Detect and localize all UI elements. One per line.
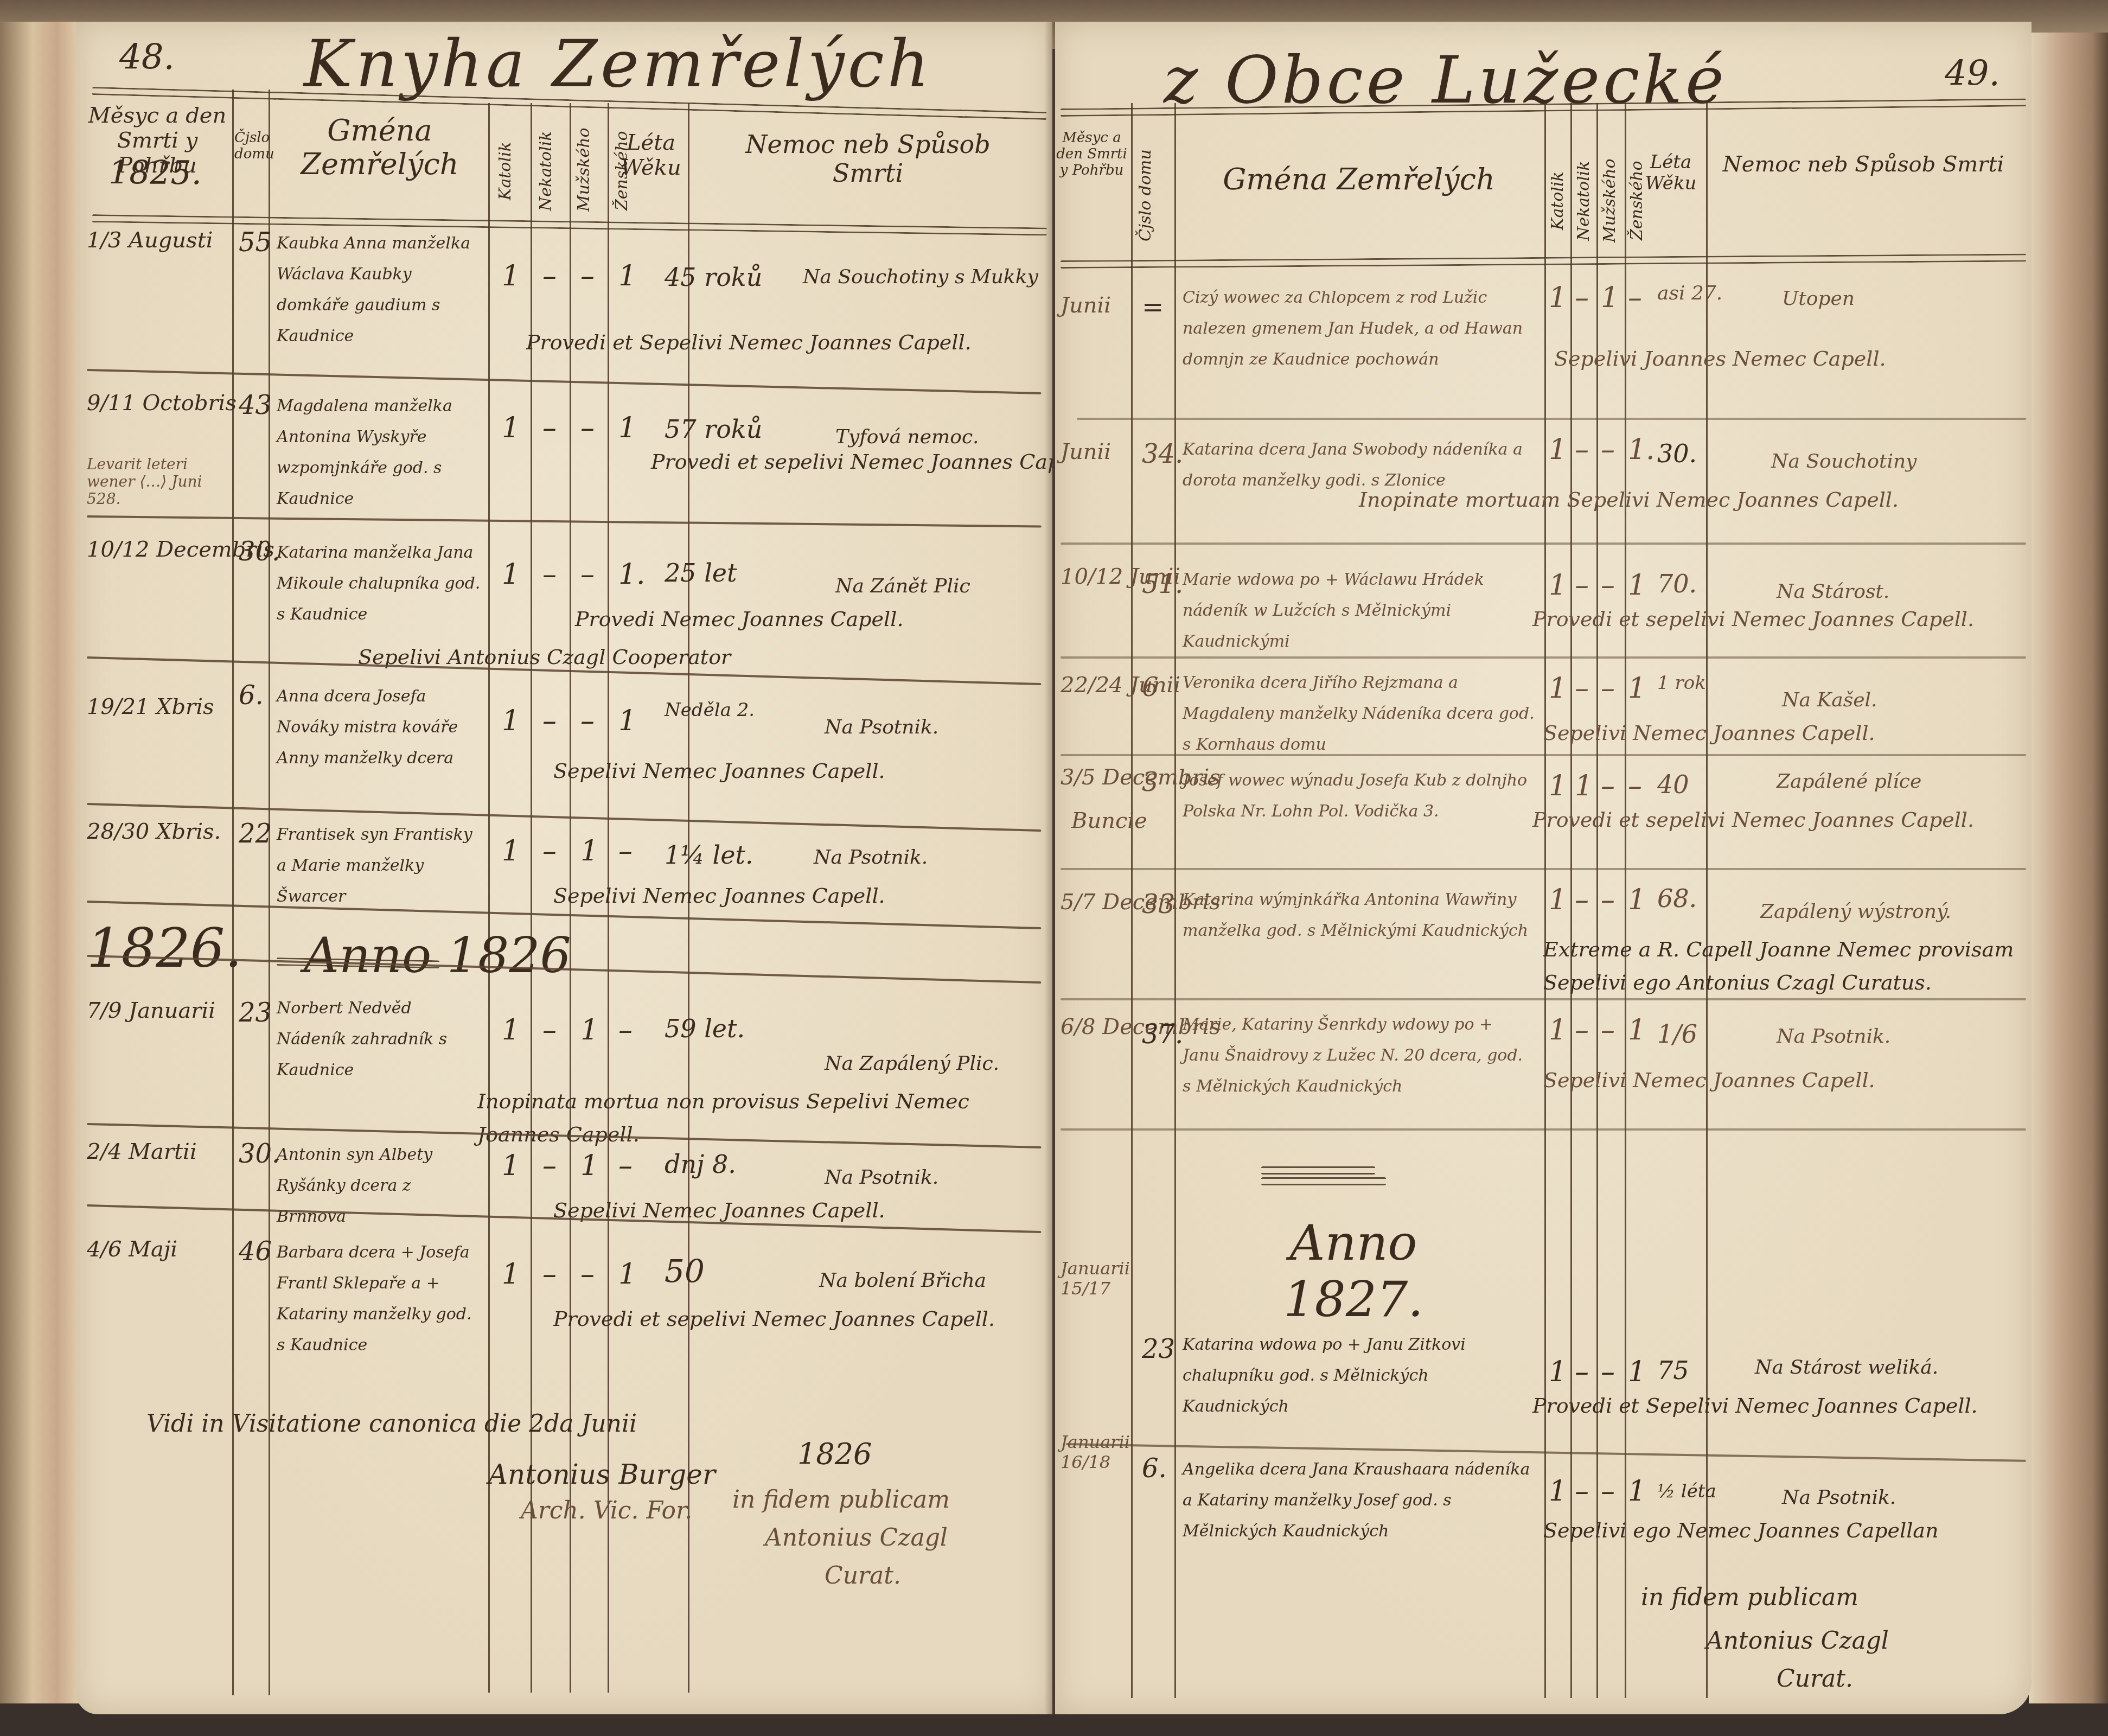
- entry-non-catholic: –: [1575, 282, 1589, 315]
- attestation-line: in fidem publicam: [1641, 1584, 1858, 1612]
- entry-age: asi 27.: [1657, 282, 1722, 304]
- anno-ornament-rule: [1261, 1166, 1375, 1175]
- entry-non-catholic: –: [542, 1259, 557, 1291]
- entry-cause: Na Souchotiny s Mukky: [803, 266, 1038, 288]
- header-date: Měsyc a den Smrti y Pohřbu: [1055, 130, 1128, 179]
- entry-female: 1.: [618, 559, 646, 591]
- anno-heading: Anno 1826: [304, 928, 571, 984]
- entry-cause: Na Psotnik.: [814, 846, 928, 869]
- entry-divider: [87, 515, 1042, 527]
- entry-catholic: 1: [502, 1150, 520, 1183]
- entry-catholic: 1: [1549, 1356, 1567, 1389]
- entry-catholic: 1: [1549, 570, 1567, 602]
- entry-female: 1: [618, 260, 636, 293]
- page-title: Knyha Zemřelých: [304, 27, 932, 102]
- entry-non-catholic: –: [1575, 673, 1589, 705]
- column-divider: [1544, 103, 1546, 1698]
- entry-catholic: 1: [502, 1014, 520, 1047]
- entry-age: Neděla 2.: [665, 700, 755, 721]
- entry-non-catholic: –: [542, 835, 557, 868]
- entry-age: 57 roků: [665, 415, 762, 444]
- entry-cause: Na Stárost weliká.: [1755, 1356, 1938, 1378]
- header-male: Mužského: [575, 130, 594, 212]
- entry-male: –: [580, 412, 595, 445]
- header-year: 1825.: [108, 155, 202, 192]
- entry-date: 22/24 Junii: [1061, 673, 1180, 698]
- entry-name: Magdalena manželka Antonina Wyskyře wzpo…: [277, 391, 483, 514]
- visitation-note: Vidi in Visitatione canonica die 2da Jun…: [146, 1410, 637, 1438]
- visitation-year: 1826: [797, 1438, 872, 1471]
- entry-date: 2/4 Martii: [87, 1139, 197, 1164]
- entry-name: Josef wowec wýnadu Josefa Kub z dolnjho …: [1183, 765, 1535, 827]
- header-house-number: Čjslo domu: [234, 130, 268, 163]
- entry-non-catholic: –: [542, 1014, 557, 1047]
- entry-age: 40: [1657, 770, 1689, 799]
- entry-name: Katarina dcera Jana Swobody nádeníka a d…: [1183, 434, 1535, 496]
- entry-age: 70.: [1657, 570, 1697, 598]
- entry-female: 1: [618, 412, 636, 445]
- entry-male: 1: [1601, 282, 1619, 315]
- entry-age: 1/6: [1657, 1020, 1697, 1049]
- entry-female: 1: [1628, 884, 1646, 917]
- entry-cause: Zapálené plíce: [1777, 770, 1921, 793]
- entry-catholic: 1: [1549, 884, 1567, 917]
- left-page: 48. Knyha Zemřelých Měsyc a den Smrti y …: [76, 22, 1052, 1714]
- header-non-catholic: Nekatolik: [1575, 152, 1594, 250]
- entry-age: 68.: [1657, 884, 1697, 913]
- entry-age: 1 rok: [1657, 673, 1706, 694]
- entry-margin-note: Buncie: [1071, 808, 1147, 833]
- entry-non-catholic: –: [542, 412, 557, 445]
- entry-name: Katarina manželka Jana Mikoule chalupník…: [277, 537, 483, 630]
- entry-male: –: [1601, 1014, 1615, 1047]
- entry-male: 1: [580, 835, 598, 868]
- entry-house-number: 6: [1142, 673, 1159, 703]
- entry-catholic: 1: [1549, 1014, 1567, 1047]
- entry-cause: Tyfová nemoc.: [835, 426, 979, 448]
- entry-male: –: [1601, 673, 1615, 705]
- entry-burial-note: Sepelivi Nemec Joannes Capell.: [1543, 1069, 1875, 1093]
- entry-divider: [1061, 1128, 2026, 1131]
- entry-age: ½ léta: [1657, 1481, 1716, 1502]
- entry-burial-note: Provedi et sepelivi Nemec Joannes Capell…: [1532, 608, 1974, 631]
- entry-date: Junii: [1061, 293, 1111, 318]
- entry-date: 7/9 Januarii: [87, 998, 215, 1023]
- entry-house-number: 6.: [239, 681, 264, 711]
- entry-name: Norbert Nedvěd Nádeník zahradník s Kaudn…: [277, 993, 483, 1086]
- entry-divider: [1061, 656, 2026, 659]
- entry-age: dnj 8.: [665, 1150, 736, 1179]
- header-names: Gména Zemřelých: [1196, 163, 1522, 196]
- entry-name: Barbara dcera + Josefa Frantl Sklepaře a…: [277, 1237, 483, 1361]
- header-house-number: Čjslo domu: [1136, 141, 1155, 250]
- entry-non-catholic: –: [542, 705, 557, 738]
- entry-cause: Na Souchotiny: [1771, 450, 1917, 473]
- entry-burial-note: Provedi et sepelivi Nemec Joannes Capell…: [651, 450, 1093, 474]
- entry-age: 75: [1657, 1356, 1689, 1385]
- entry-female: –: [618, 835, 633, 868]
- entry-male: –: [580, 705, 595, 738]
- entry-catholic: 1: [1549, 434, 1567, 467]
- entry-female: –: [1628, 770, 1642, 803]
- entry-female: –: [618, 1014, 633, 1047]
- entry-catholic: 1: [1549, 770, 1567, 803]
- column-divider: [1625, 103, 1626, 1698]
- entry-burial-note: Sepelivi Nemec Joannes Capell.: [1543, 722, 1875, 745]
- entry-house-number: 23: [239, 998, 272, 1028]
- attestation-line: in fidem publicam: [732, 1486, 950, 1514]
- entry-name: Marie wdowa po + Wáclawu Hrádek nádeník …: [1183, 564, 1535, 657]
- entry-female: 1: [1628, 673, 1646, 705]
- entry-non-catholic: –: [1575, 1476, 1589, 1508]
- entry-house-number: 46: [239, 1237, 272, 1267]
- page-number: 48.: [119, 38, 175, 78]
- header-age: Léta Wěku: [618, 130, 683, 180]
- entry-non-catholic: –: [542, 559, 557, 591]
- entry-burial-note: Sepelivi Joannes Nemec Capell.: [1554, 347, 1886, 371]
- header-catholic: Katolik: [496, 130, 515, 212]
- entry-house-number: 23: [1142, 1335, 1175, 1364]
- anno-heading: Anno 1827.: [1240, 1215, 1467, 1327]
- entry-house-number: 6.: [1142, 1454, 1167, 1484]
- entry-house-number: 34.: [1142, 439, 1183, 469]
- column-divider: [488, 103, 490, 1693]
- entry-catholic: 1: [502, 1259, 520, 1291]
- header-age: Léta Wěku: [1641, 152, 1701, 194]
- entry-name: Anna dcera Josefa Nováky mistra kováře A…: [277, 681, 483, 774]
- entry-cause: Na bolení Břicha: [819, 1269, 986, 1292]
- entry-burial-note: Provedi et Sepelivi Nemec Joannes Capell…: [526, 331, 972, 355]
- entry-female: 1: [1628, 1014, 1646, 1047]
- entry-catholic: 1: [502, 559, 520, 591]
- entry-non-catholic: –: [542, 1150, 557, 1183]
- entry-female: 1.: [1628, 434, 1655, 467]
- entry-male: –: [1601, 1476, 1615, 1508]
- entry-name: Katarina wdowa po + Janu Zitkovi chalupn…: [1183, 1329, 1535, 1422]
- entry-burial-note: Provedi et sepelivi Nemec Joannes Capell…: [1532, 808, 1974, 832]
- entry-female: 1: [1628, 570, 1646, 602]
- entry-male: –: [1601, 884, 1615, 917]
- entry-house-number: 30.: [239, 537, 280, 567]
- entry-non-catholic: –: [542, 260, 557, 293]
- attestation-title: Curat.: [825, 1562, 901, 1590]
- entry-cause: Na Kašel.: [1782, 689, 1877, 711]
- entry-cause: Na Psotnik.: [1782, 1486, 1896, 1509]
- column-divider: [269, 90, 270, 1695]
- entry-catholic: 1: [502, 260, 520, 293]
- entry-date: 1/3 Augusti: [87, 228, 213, 253]
- entry-male: –: [580, 260, 595, 293]
- entry-cause: Na Zapálený Plic.: [825, 1052, 999, 1075]
- column-divider: [1596, 103, 1598, 1698]
- entry-cause: Na Psotnik.: [1777, 1025, 1890, 1048]
- entry-non-catholic: –: [1575, 1356, 1589, 1389]
- page-number: 49.: [1945, 54, 2000, 94]
- entry-divider: [1061, 868, 2026, 870]
- entry-date: Januarii 15/17: [1061, 1259, 1126, 1299]
- entry-male: –: [580, 1259, 595, 1291]
- entry-date: 19/21 Xbris: [87, 694, 214, 719]
- entry-male: 1: [580, 1014, 598, 1047]
- entry-name: Veronika dcera Jiřího Rejzmana a Magdale…: [1183, 667, 1535, 760]
- entry-house-number: 43: [239, 391, 272, 420]
- entry-age: 45 roků: [665, 263, 762, 292]
- entry-catholic: 1: [1549, 282, 1567, 315]
- entry-male: –: [1601, 1356, 1615, 1389]
- entry-male: –: [1601, 570, 1615, 602]
- entry-divider: [1061, 998, 2026, 1000]
- entry-cause: Na Psotnik.: [825, 1166, 938, 1189]
- entry-house-number: 33: [1142, 890, 1175, 920]
- entry-house-number: 22: [239, 819, 272, 849]
- entry-female: 1: [1628, 1356, 1646, 1389]
- entry-date: Januarii 16/18: [1061, 1432, 1126, 1472]
- entry-non-catholic: 1: [1575, 770, 1593, 803]
- entry-date: 28/30 Xbris.: [87, 819, 221, 844]
- entry-house-number: 37.: [1142, 1020, 1183, 1050]
- column-divider: [1706, 103, 1708, 1698]
- anno-ornament-rule: [1261, 1177, 1386, 1185]
- entry-male: –: [1601, 434, 1615, 467]
- header-catholic: Katolik: [1549, 152, 1568, 250]
- right-page: 49. z Obce Lužecké Měsyc a den Smrti y P…: [1055, 22, 2032, 1714]
- visitation-signer-title: Arch. Vic. For.: [521, 1497, 692, 1525]
- entry-house-number: 55: [239, 228, 272, 258]
- entry-non-catholic: –: [1575, 1014, 1589, 1047]
- entry-age: 59 let.: [665, 1014, 745, 1043]
- entry-female: 1: [618, 1259, 636, 1291]
- entry-cause: Na Psotnik.: [825, 716, 938, 738]
- entry-age: 50: [665, 1253, 705, 1290]
- entry-female: –: [618, 1150, 633, 1183]
- attestation-signer: Antonius Czagl: [1706, 1627, 1889, 1655]
- entry-name: Katarina wýmjnkářka Antonina Wawřiny man…: [1183, 884, 1535, 946]
- entry-age: 30.: [1657, 439, 1697, 468]
- entry-house-number: =: [1142, 293, 1164, 323]
- column-divider: [1570, 103, 1572, 1698]
- entry-catholic: 1: [502, 835, 520, 868]
- entry-date: Junii: [1061, 439, 1111, 464]
- entry-burial-note: Provedi et Sepelivi Nemec Joannes Capell…: [1532, 1394, 1978, 1418]
- entry-male: 1: [580, 1150, 598, 1183]
- entry-date: 4/6 Maji: [87, 1237, 177, 1262]
- entry-non-catholic: –: [1575, 884, 1589, 917]
- entry-divider: [1061, 542, 2026, 545]
- header-male: Mužského: [1601, 152, 1620, 250]
- entry-name: Kaubka Anna manželka Wáclava Kaubky domk…: [277, 228, 483, 352]
- entry-catholic: 1: [1549, 673, 1567, 705]
- entry-name: Angelika dcera Jana Kraushaara nádeníka …: [1183, 1454, 1535, 1547]
- entry-burial-note: Provedi et sepelivi Nemec Joannes Capell…: [553, 1307, 995, 1331]
- entry-female: 1: [1628, 1476, 1646, 1508]
- header-names: Gména Zemřelých: [282, 114, 477, 181]
- entry-catholic: 1: [502, 705, 520, 738]
- entry-date: 9/11 Octobris: [87, 391, 237, 416]
- entry-cause: Utopen: [1782, 288, 1855, 310]
- entry-catholic: 1: [502, 412, 520, 445]
- entry-cause: Na Zánět Plic: [835, 575, 970, 597]
- entry-male: –: [1601, 770, 1615, 803]
- entry-divider: [1061, 754, 2026, 756]
- entry-burial-note: Inopinate mortuam Sepelivi Nemec Joannes…: [1359, 488, 1899, 512]
- entry-non-catholic: –: [1575, 434, 1589, 467]
- entry-male: –: [580, 559, 595, 591]
- visitation-signer: Antonius Burger: [488, 1459, 716, 1491]
- entry-female: –: [1628, 282, 1642, 315]
- year-marker: 1826.: [87, 917, 242, 979]
- entry-burial-note: Sepelivi Nemec Joannes Capell.: [553, 884, 885, 908]
- entry-cause: Na Stárost.: [1777, 580, 1889, 603]
- left-page-stack-edge: [0, 22, 81, 1703]
- attestation-signer: Antonius Czagl: [765, 1524, 948, 1552]
- entry-divider: [1077, 418, 2026, 420]
- header-non-catholic: Nekatolik: [537, 130, 556, 212]
- entry-age: 1¼ let.: [665, 841, 753, 870]
- entry-catholic: 1: [1549, 1476, 1567, 1508]
- header-cause: Nemoc neb Spůsob Smrti: [1722, 152, 2004, 177]
- entry-female: 1: [618, 705, 636, 738]
- entry-name: Frantisek syn Frantisky a Marie manželky…: [277, 819, 483, 912]
- entry-name: Antonin syn Albety Ryšánky dcera z Brnno…: [277, 1139, 483, 1232]
- entry-margin-note: Levarit leteri wener ⟨…⟩ Juni 528.: [87, 456, 239, 508]
- entry-house-number: 3: [1142, 768, 1159, 797]
- header-cause: Nemoc neb Spůsob Smrti: [716, 130, 1020, 188]
- entry-house-number: 30.: [239, 1139, 280, 1169]
- entry-age: 25 let: [665, 559, 737, 588]
- column-divider: [232, 90, 234, 1695]
- entry-non-catholic: –: [1575, 570, 1589, 602]
- entry-burial-note: Sepelivi ego Nemec Joannes Capellan: [1543, 1519, 1939, 1543]
- entry-cause: Zapálený wýstroný.: [1760, 901, 1951, 923]
- entry-burial-note: Extreme a R. Capell Joanne Nemec provisa…: [1543, 933, 2021, 999]
- entry-burial-note: Provedi Nemec Joannes Capell.: [575, 608, 903, 631]
- entry-house-number: 51.: [1142, 570, 1183, 599]
- entry-name: Marie, Katariny Šenrkdy wdowy po + Janu …: [1183, 1009, 1535, 1102]
- entry-burial-note: Sepelivi Nemec Joannes Capell.: [553, 759, 885, 783]
- header-bottom-rule: [1061, 254, 2026, 269]
- entry-divider: [87, 803, 1041, 832]
- right-page-stack-edge: [2029, 33, 2108, 1703]
- attestation-title: Curat.: [1777, 1665, 1853, 1693]
- entry-name: Cizý wowec za Chlopcem z rod Lužic nalez…: [1183, 282, 1535, 375]
